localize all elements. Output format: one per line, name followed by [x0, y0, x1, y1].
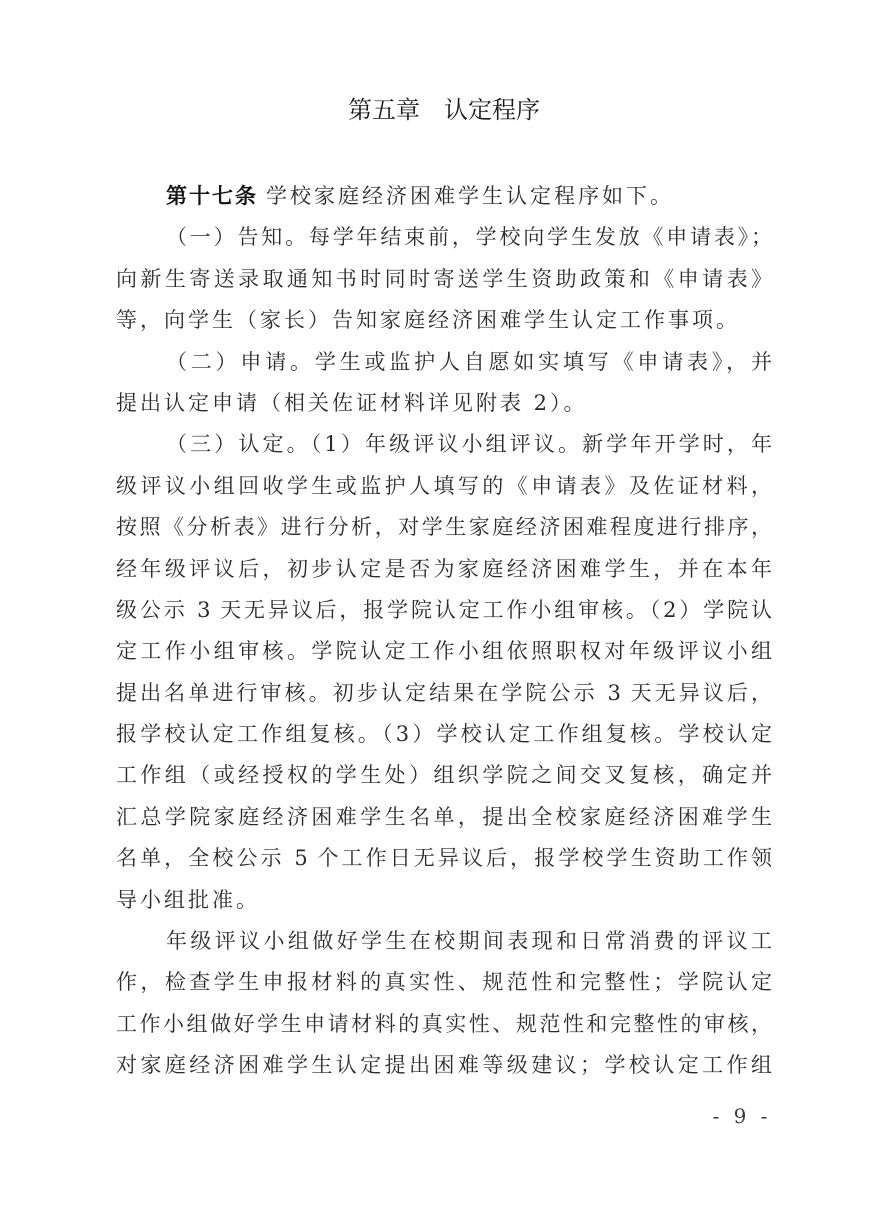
text-line: 作，检查学生申报材料的真实性、规范性和完整性；学院认定 [116, 962, 772, 1003]
text-line: 提出名单进行审核。初步认定结果在学院公示 3 天无异议后， [116, 673, 772, 714]
text-line: 级评议小组回收学生或监护人填写的《申请表》及佐证材料， [116, 466, 772, 507]
text-line: 定工作小组审核。学院认定工作小组依照职权对年级评议小组 [116, 631, 772, 672]
document-body: 第十七条学校家庭经济困难学生认定程序如下。 （一）告知。每学年结束前，学校向学生… [116, 176, 772, 1087]
text-line: 提出认定申请（相关佐证材料详见附表 2）。 [116, 383, 772, 424]
text-line: 等，向学生（家长）告知家庭经济困难学生认定工作事项。 [116, 300, 772, 341]
article-heading-text: 学校家庭经济困难学生认定程序如下。 [266, 184, 674, 208]
text-line: 对家庭经济困难学生认定提出困难等级建议；学校认定工作组 [116, 1045, 772, 1086]
paragraph-lines: （一）告知。每学年结束前，学校向学生发放《申请表》；向新生寄送录取通知书时同时寄… [116, 217, 772, 1086]
text-line: 名单，全校公示 5 个工作日无异议后，报学校学生资助工作领 [116, 838, 772, 879]
text-line: 按照《分析表》进行分析，对学生家庭经济困难程度进行排序， [116, 507, 772, 548]
article-label: 第十七条 [166, 184, 258, 208]
text-line: 导小组批准。 [116, 880, 772, 921]
text-line: 级公示 3 天无异议后，报学院认定工作小组审核。（2）学院认 [116, 590, 772, 631]
text-line: （三）认定。（1）年级评议小组评议。新学年开学时，年 [116, 424, 772, 465]
text-line: 年级评议小组做好学生在校期间表现和日常消费的评议工 [116, 921, 772, 962]
text-line: （一）告知。每学年结束前，学校向学生发放《申请表》； [116, 217, 772, 258]
article-heading-line: 第十七条学校家庭经济困难学生认定程序如下。 [116, 176, 772, 217]
text-line: 经年级评议后，初步认定是否为家庭经济困难学生，并在本年 [116, 549, 772, 590]
text-line: 工作小组做好学生申请材料的真实性、规范性和完整性的审核， [116, 1004, 772, 1045]
text-line: 工作组（或经授权的学生处）组织学院之间交叉复核，确定并 [116, 755, 772, 796]
text-line: 向新生寄送录取通知书时同时寄送学生资助政策和《申请表》 [116, 259, 772, 300]
chapter-title: 第五章 认定程序 [116, 92, 772, 128]
text-line: 报学校认定工作组复核。（3）学校认定工作组复核。学校认定 [116, 714, 772, 755]
text-line: 汇总学院家庭经济困难学生名单，提出全校家庭经济困难学生 [116, 797, 772, 838]
page-number: - 9 - [700, 1104, 784, 1128]
text-line: （二）申请。学生或监护人自愿如实填写《申请表》，并 [116, 342, 772, 383]
